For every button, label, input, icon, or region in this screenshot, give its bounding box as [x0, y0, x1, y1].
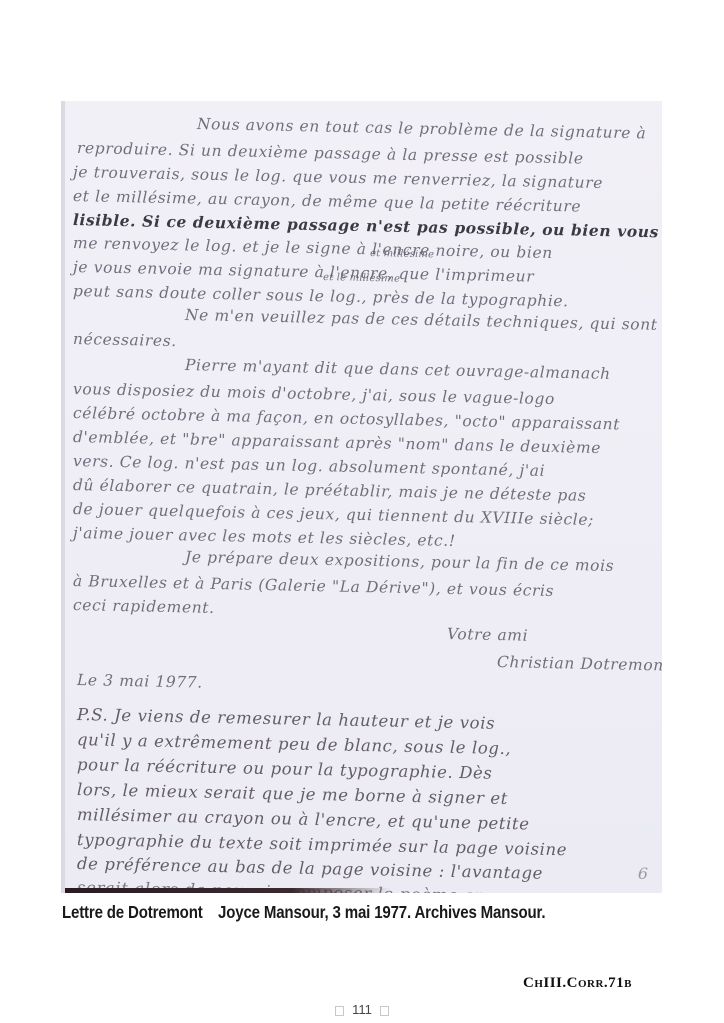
archive-reference: ChIII.Corr.71b [523, 975, 632, 992]
letter-line: Pierre m'ayant dit que dans cet ouvrage-… [185, 356, 611, 383]
postscript-line: lors, le mieux serait que je me borne à … [77, 780, 508, 808]
letter-page-mark: 6 [638, 864, 648, 883]
letter-interlinear-note: et le millésime [323, 272, 400, 285]
letter-line: nécessaires. [73, 330, 177, 350]
letter-line: vers. Ce log. n'est pas un log. absolume… [73, 452, 546, 480]
letter-line: de jouer quelquefois à ces jeux, qui tie… [73, 500, 594, 529]
ornament-icon [335, 1006, 344, 1016]
caption-title: Lettre de Dotremont [62, 902, 203, 922]
letter-line: à Bruxelles et à Paris (Galerie "La Déri… [73, 572, 554, 600]
letter-line: dû élaborer ce quatrain, le préétablir, … [73, 476, 587, 505]
letter-line: je vous envoie ma signature à l'encre, q… [73, 258, 535, 286]
letter-line: reproduire. Si un deuxième passage à la … [77, 139, 584, 168]
letter-line: Ne m'en veuillez pas de ces détails tech… [185, 306, 658, 334]
page-number: 111 [352, 1002, 372, 1017]
letter-interlinear-note: et millésime [370, 248, 434, 260]
postscript-line: pour la réécriture ou pour la typographi… [77, 755, 493, 783]
postscript-line: P.S. Je viens de remesurer la hauteur et… [77, 705, 496, 733]
caption-detail: Joyce Mansour, 3 mai 1977. Archives Mans… [218, 902, 545, 922]
page-folio: 111 [0, 1002, 724, 1017]
letter-signature: Christian Dotremont [497, 653, 662, 675]
letter-line: j'aime jouer avec les mots et les siècle… [73, 524, 456, 550]
letter-line: me renvoyez le log. et je le signe à l'e… [73, 234, 553, 262]
postscript-line: qu'il y a extrêmement peu de blanc, sous… [77, 730, 512, 758]
letter-line: peut sans doute coller sous le log., prè… [73, 282, 569, 310]
letter-closing: Votre ami [447, 625, 528, 645]
letter-line: Nous avons en tout cas le problème de la… [197, 115, 647, 142]
postscript-line: millésimer au crayon ou à l'encre, et qu… [77, 805, 530, 833]
letter-line: ceci rapidement. [73, 596, 215, 617]
figure-caption: Lettre de DotremontJoyce Mansour, 3 mai … [62, 902, 545, 923]
letter-scan: Nous avons en tout cas le problème de la… [61, 101, 662, 893]
ornament-icon [380, 1006, 389, 1016]
letter-line: Je prépare deux expositions, pour la fin… [185, 548, 615, 575]
letter-line: vous disposiez du mois d'octobre, j'ai, … [73, 380, 555, 408]
letter-date: Le 3 mai 1977. [77, 671, 203, 692]
postscript-line: de préférence au bas de la page voisine … [77, 854, 543, 883]
